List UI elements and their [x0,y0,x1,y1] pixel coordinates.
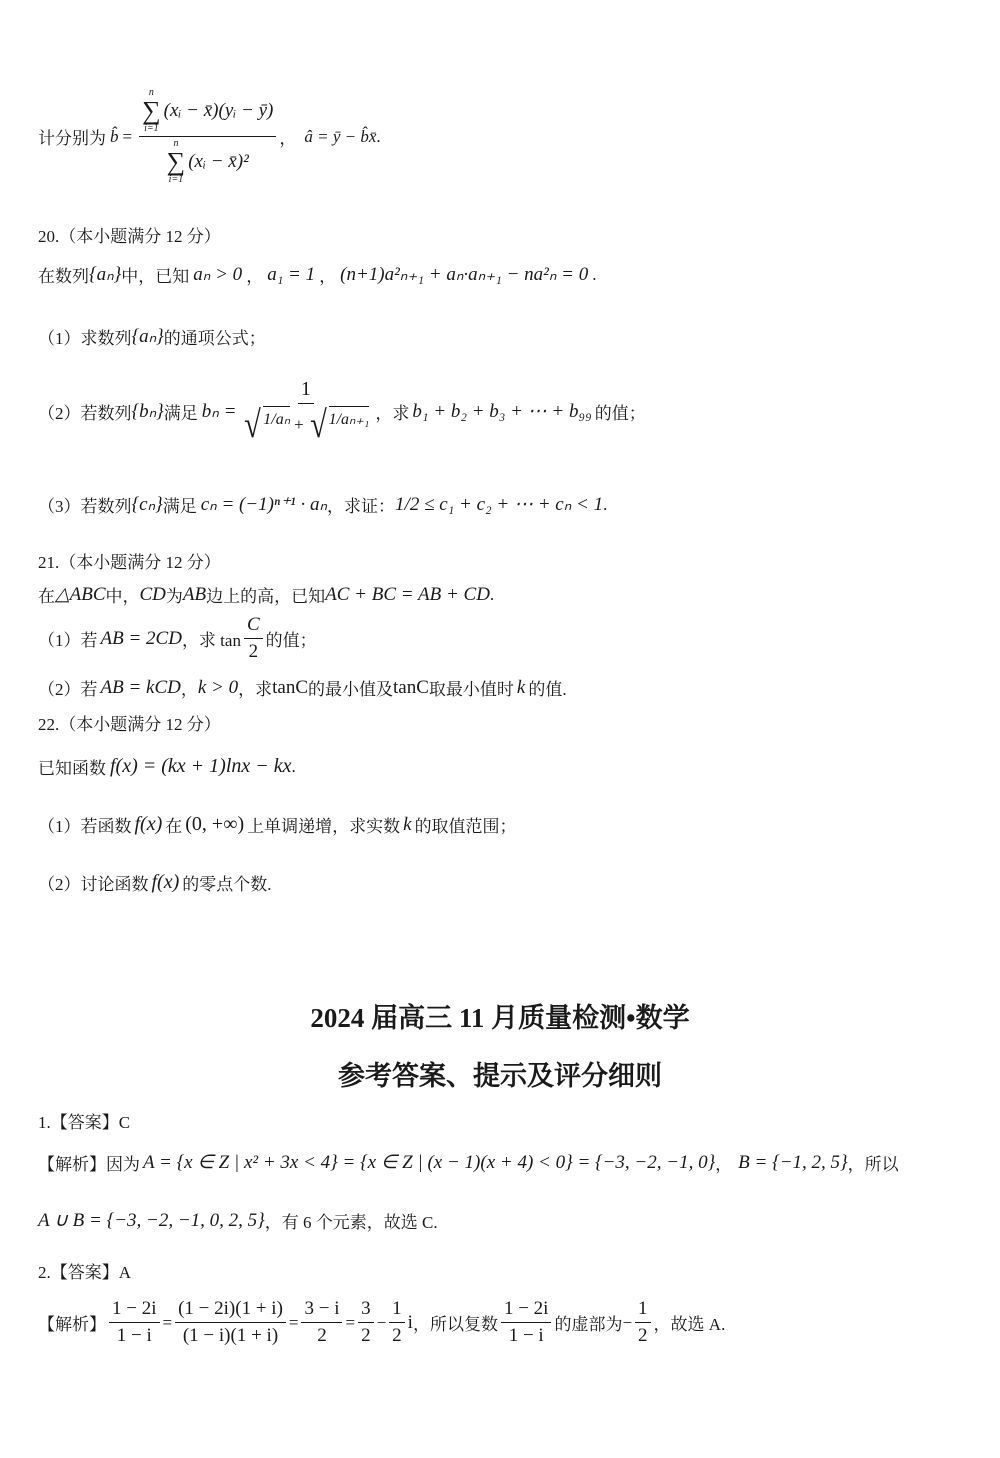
segment-cd: CD [140,584,166,606]
text: ，所以 [848,1150,899,1175]
answer-key-subtitle: 参考答案、提示及评分细则 [0,1054,1000,1093]
q22-stem: 已知函数 f(x) = (kx + 1)lnx − kx . [38,754,296,779]
period: . [292,757,296,777]
text: 在 [38,582,55,607]
sequence-a: {aₙ} [89,263,121,286]
q21-part1: （1）若 AB = 2CD ，求 tan C 2 的值； [38,614,317,663]
text: 的值； [266,626,317,651]
period: . [592,265,596,285]
text: 为 [166,582,183,607]
inequality: 1/2 ≤ c₁ + c₂ + ⋯ + cₙ < 1 [395,493,603,516]
b-hat-fraction: n∑i=1 (xᵢ − x̄)(yᵢ − ȳ) n∑i=1 (xᵢ − x̄)² [139,88,276,185]
q22-part1: （1）若函数 f(x) 在 (0, +∞) 上单调递增，求实数 k 的取值范围； [38,812,517,837]
part-label: （2）若 [38,675,98,700]
q20-stem: 在数列 {aₙ} 中，已知 aₙ > 0 ， a₁ = 1 ， (n+1)a²ₙ… [38,262,597,287]
b-n-fraction: 1 √1/aₙ + √1/aₙ₊₁ [239,378,372,444]
fraction: 1 − 2i1 − i [109,1298,160,1347]
minus-sign: − [622,1313,632,1333]
tan-c: tanC [272,677,308,699]
separator: ， [279,124,296,149]
q22-part2: （2）讨论函数 f(x) 的零点个数. [38,870,272,895]
triangle: △ABC [55,583,106,606]
q21-header: 21.（本小题满分 12 分） [38,548,221,573]
text: 的取值范围； [415,812,517,837]
denominator: (xᵢ − x̄)² [188,151,249,173]
part-label: （3）若数列 [38,492,132,517]
segment-ab: AB [183,584,206,606]
equals-sign: = [123,127,133,147]
q21-part2: （2）若 AB = kCD ， k > 0 ，求 tanC 的最小值及 tanC… [38,675,567,700]
half-angle-fraction: C 2 [244,614,263,663]
condition-initial: a₁ = 1 [267,264,315,286]
text: 因为 [106,1150,140,1175]
period: . [376,127,380,147]
q20-part3: （3）若数列 {cₙ} 满足 cₙ = (−1)ⁿ⁺¹ · aₙ ，求证： 1/… [38,492,607,517]
union-set: A ∪ B = {−3, −2, −1, 0, 2, 5} [38,1209,265,1232]
set-b: B = {−1, 2, 5} [738,1152,847,1174]
condition: AB = 2CD [101,628,182,650]
sum-symbol: n∑i=1 [142,88,161,134]
text: 上单调递增，求实数 [247,812,400,837]
side-equation: AC + BC = AB + CD [325,584,490,606]
answer-2-label: 2.【答案】A [38,1258,131,1283]
text: ，求 [375,399,409,424]
text: 中， [106,582,140,607]
fraction: 32 [358,1298,374,1347]
period: . [603,495,607,515]
tan-c: tanC [393,677,429,699]
answer-key-title: 2024 届高三 11 月质量检测•数学 [0,996,1000,1035]
fraction: 12 [635,1298,651,1347]
text: ，有 6 个元素，故选 C. [265,1208,438,1233]
condition-positive: aₙ > 0 [193,263,242,286]
sequence-c: {cₙ} [132,493,163,516]
text: ，所以复数 [413,1310,498,1335]
fraction: 1 − 2i1 − i [501,1298,552,1347]
text: 的零点个数. [182,870,271,895]
text: ，求证： [327,492,395,517]
part-label: （2）若数列 [38,399,132,424]
text: 在数列 [38,262,89,287]
text: 的值； [595,399,646,424]
condition: AB = kCD [101,677,181,699]
condition-k: k > 0 [198,677,238,699]
text: 边上的高，已知 [206,582,325,607]
q20-part2: （2）若数列 {bₙ} 满足 bₙ = 1 √1/aₙ + √1/aₙ₊₁ ，求… [38,378,646,444]
analysis-tag: 【解析】 [38,1150,106,1175]
text: 满足 [163,492,197,517]
text: 在 [165,812,182,837]
sum-symbol: n∑i=1 [167,139,186,185]
fraction: (1 − 2i)(1 + i)(1 − i)(1 + i) [175,1298,286,1347]
function: f(x) [135,813,163,836]
answer-2-analysis: 【解析】 1 − 2i1 − i = (1 − 2i)(1 + i)(1 − i… [38,1298,725,1347]
part-label: （1）若 [38,626,98,651]
text: 的最小值及 [308,675,393,700]
text: 中，已知 [121,262,189,287]
interval: (0, +∞) [185,813,244,836]
fraction: 12 [389,1298,405,1347]
text: ，求 [238,675,272,700]
q21-stem: 在 △ABC 中， CD 为 AB 边上的高，已知 AC + BC = AB +… [38,582,494,607]
formula-prefix: 计分别为 [38,124,106,149]
c-n-definition: cₙ = (−1)ⁿ⁺¹ · aₙ [201,493,327,516]
sequence-a: {aₙ} [132,325,164,348]
text: ，求 tan [182,626,241,651]
part-label: （2）讨论函数 [38,870,149,895]
b-hat: b̂ [110,127,119,147]
text: 的值. [528,675,566,700]
k-variable: k [517,677,525,699]
k-variable: k [403,814,411,836]
a-hat-formula: â = ȳ − b̂x̄ [304,127,376,147]
text: 的虚部为 [554,1310,622,1335]
answer-1-label: 1.【答案】C [38,1108,130,1133]
sequence-b: {bₙ} [132,400,164,423]
part-label: （1）求数列 [38,324,132,349]
text: 满足 [164,399,198,424]
recurrence: (n+1)a²ₙ₊₁ + aₙ·aₙ₊₁ − na²ₙ = 0 [340,263,588,286]
sum-expression: b₁ + b₂ + b₃ + ⋯ + b₉₉ [412,400,591,423]
text: 的通项公式； [164,324,266,349]
q20-header: 20.（本小题满分 12 分） [38,222,221,247]
answer-1-analysis: 【解析】 因为 A = {x ∈ Z | x² + 3x < 4} = {x ∈… [38,1150,899,1175]
numerator: (xᵢ − x̄)(yᵢ − ȳ) [164,100,274,122]
b-n-lhs: bₙ = [202,400,237,423]
part-label: （1）若函数 [38,812,132,837]
fraction: 3 − i2 [301,1298,342,1347]
function-definition: f(x) = (kx + 1)lnx − kx [110,755,292,778]
text: ，故选 A. [654,1310,726,1335]
function: f(x) [152,871,180,894]
regression-formula: 计分别为 b̂ = n∑i=1 (xᵢ − x̄)(yᵢ − ȳ) n∑i=1 … [38,88,381,185]
q20-part1: （1）求数列 {aₙ} 的通项公式； [38,324,266,349]
set-a: A = {x ∈ Z | x² + 3x < 4} = {x ∈ Z | (x … [143,1151,715,1174]
text: 取最小值时 [429,675,514,700]
analysis-tag: 【解析】 [38,1310,106,1335]
q22-header: 22.（本小题满分 12 分） [38,710,221,735]
answer-1-conclusion: A ∪ B = {−3, −2, −1, 0, 2, 5} ，有 6 个元素，故… [38,1208,438,1233]
text: 已知函数 [38,754,106,779]
